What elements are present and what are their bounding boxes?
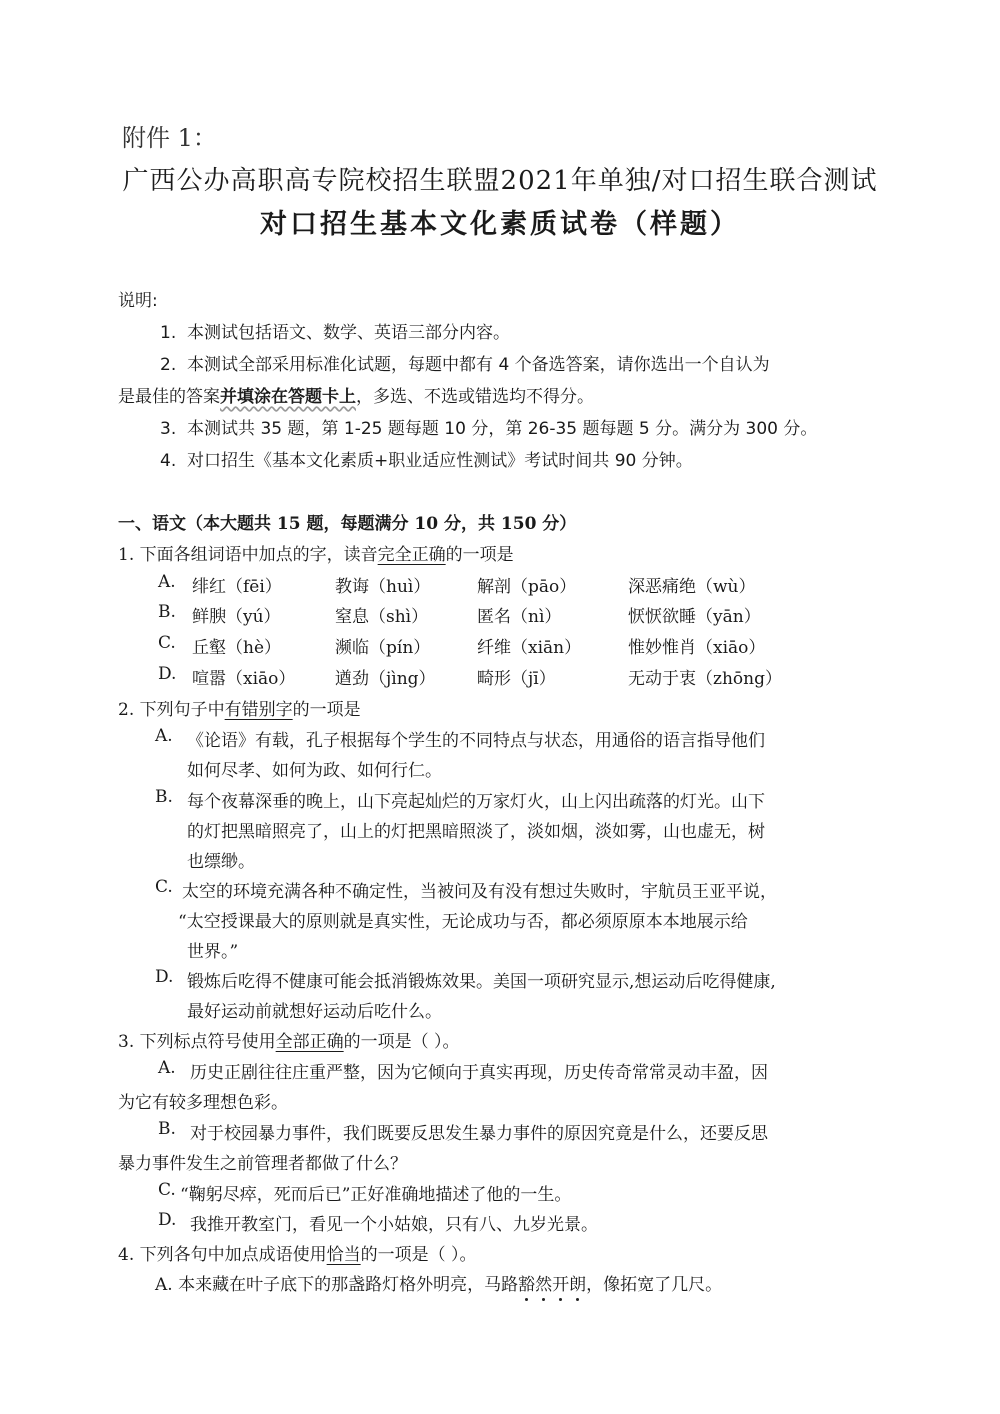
option-line: 历史正剧往往庄重严整，因为它倾向于真实再现，历史传奇常常灵动丰盈，因 [190,1058,768,1083]
option-line: “鞠躬尽瘁，死而后已”正好准确地描述了他的一生。 [180,1180,571,1205]
stem-text: 下列各句中加点成语使用 [140,1245,327,1265]
exam-title-line1: 广西公办高职高专院校招生联盟2021年单独/对口招生联合测试 [0,160,1000,197]
underlined-text: 完全正确 [378,545,446,565]
stem-text: 下列标点符号使用 [140,1032,276,1052]
instruction-item-2: 2. 本测试全部采用标准化试题，每题中都有 4 个备选答案，请你选出一个自认为 [160,350,770,375]
option-label: D. [158,664,176,684]
option-line: 锻炼后吃得不健康可能会抵消锻炼效果。美国一项研究显示,想运动后吃得健康, [187,967,776,992]
item-number: 1. [160,323,176,343]
option-label: B. [158,602,176,622]
underlined-text: 全部正确 [276,1032,344,1052]
instruction-item-4: 4. 对口招生《基本文化素质+职业适应性测试》考试时间共 90 分钟。 [160,446,693,471]
question-number: 2. [118,700,134,720]
item-number: 2. [160,355,176,375]
option-cell: 无动于衷（zhōng） [628,664,782,689]
question-3-stem: 3. 下列标点符号使用全部正确的一项是（ ）。 [118,1027,460,1052]
dotted-char: 朗 [569,1275,586,1295]
option-cell: 惟妙惟肖（xiāo） [628,633,765,658]
option-cell: 解剖（pāo） [477,572,576,597]
option-label: A. [158,1058,176,1078]
option-label: B. [155,787,173,807]
option-cell: 喧嚣（xiāo） [192,664,295,689]
option-label: C. [155,877,173,897]
stem-text: 的一项是（ ）。 [344,1032,460,1052]
option-cell: 鲜腴（yú） [192,602,281,627]
underlined-text: 有错别字 [225,700,293,720]
question-number: 1. [118,545,134,565]
option-label: D. [158,1210,176,1230]
option-line: 最好运动前就想好运动后吃什么。 [187,997,442,1022]
option-label: B. [158,1119,176,1139]
emphasis-text: 并填涂在答题卡上 [220,387,356,407]
option-text: 本来藏在叶子底下的那盏路灯格外明亮，马路 [178,1275,518,1295]
option-line: 的灯把黑暗照亮了，山上的灯把黑暗照淡了，淡如烟，淡如雾，山也虚无，树 [187,817,765,842]
instruction-item-1: 1. 本测试包括语文、数学、英语三部分内容。 [160,318,510,343]
option-cell: 濒临（pín） [335,633,430,658]
stem-text: 的一项是 [293,700,361,720]
instruction-item-2-cont: 是最佳的答案并填涂在答题卡上，多选、不选或错选均不得分。 [118,382,594,407]
stem-text: 下面各组词语中加点的字，读音 [140,545,378,565]
option-cell: 匿名（nì） [477,602,561,627]
option-line: 《论语》有载，孔子根据每个学生的不同特点与状态，用通俗的语言指导他们 [187,726,765,751]
option-line: 暴力事件发生之前管理者都做了什么？ [118,1149,407,1174]
option-cell: 丘壑（hè） [192,633,281,658]
item-number: 3. [160,419,176,439]
option-label: A. [155,1275,173,1295]
question-number: 3. [118,1032,134,1052]
option-line: 世界。” [187,937,238,962]
item-text: 本测试共 35 题，第 1-25 题每题 10 分，第 26-35 题每题 5 … [187,419,817,439]
option-label: D. [155,967,173,987]
section-heading: 一、语文（本大题共 15 题，每题满分 10 分，共 150 分） [118,509,576,534]
dotted-char: 然 [535,1275,552,1295]
option-cell: 教诲（huì） [335,572,430,597]
question-4-option-a: A. 本来藏在叶子底下的那盏路灯格外明亮，马路豁然开朗，像拓宽了几尺。 [155,1270,722,1295]
item-text: 是最佳的答案 [118,387,220,407]
option-cell: 绯红（fēi） [192,572,282,597]
option-cell: 深恶痛绝（wù） [628,572,756,597]
option-line: 太空的环境充满各种不确定性，当被问及有没有想过失败时，宇航员王亚平说， [182,877,777,902]
option-line: 如何尽孝、如何为政、如何行仁。 [187,756,442,781]
option-cell: 遒劲（jìng） [335,664,436,689]
item-number: 4. [160,451,176,471]
option-line: “太空授课最大的原则就是真实性，无论成功与否，都必须原原本本地展示给 [178,907,748,932]
option-line: 对于校园暴力事件，我们既要反思发生暴力事件的原因究竟是什么，还要反思 [190,1119,768,1144]
dotted-char: 豁 [518,1275,535,1295]
item-text: 本测试包括语文、数学、英语三部分内容。 [187,323,510,343]
item-text: 对口招生《基本文化素质+职业适应性测试》考试时间共 90 分钟。 [187,451,693,471]
dotted-char: 开 [552,1275,569,1295]
instructions-label: 说明: [118,286,158,311]
instruction-item-3: 3. 本测试共 35 题，第 1-25 题每题 10 分，第 26-35 题每题… [160,414,817,439]
stem-text: 的一项是（ ）。 [361,1245,477,1265]
option-line: 每个夜幕深垂的晚上，山下亮起灿烂的万家灯火，山上闪出疏落的灯光。山下 [187,787,765,812]
question-2-stem: 2. 下列句子中有错别字的一项是 [118,695,361,720]
option-cell: 畸形（jī） [477,664,556,689]
item-text: 本测试全部采用标准化试题，每题中都有 4 个备选答案，请你选出一个自认为 [187,355,770,375]
underlined-text: 恰当 [327,1245,361,1265]
option-label: C. [158,633,176,653]
option-cell: 恹恹欲睡（yān） [628,602,761,627]
stem-text: 下列句子中 [140,700,225,720]
exam-title-line2: 对口招生基本文化素质试卷（样题） [0,202,1000,241]
question-4-stem: 4. 下列各句中加点成语使用恰当的一项是（ ）。 [118,1240,477,1265]
attachment-label: 附件 1： [122,118,217,153]
option-line: 也缥缈。 [187,847,255,872]
option-text: ，像拓宽了几尺。 [586,1275,722,1295]
question-1-stem: 1. 下面各组词语中加点的字，读音完全正确的一项是 [118,540,514,565]
option-label: A. [155,726,173,746]
option-label: C. [158,1180,176,1200]
option-cell: 窒息（shì） [335,602,428,627]
option-line: 我推开教室门，看见一个小姑娘，只有八、九岁光景。 [190,1210,598,1235]
question-number: 4. [118,1245,134,1265]
item-text: ，多选、不选或错选均不得分。 [356,387,594,407]
option-line: 为它有较多理想色彩。 [118,1088,288,1113]
stem-text: 的一项是 [446,545,514,565]
option-label: A. [158,572,176,592]
option-cell: 纤维（xiān） [477,633,581,658]
